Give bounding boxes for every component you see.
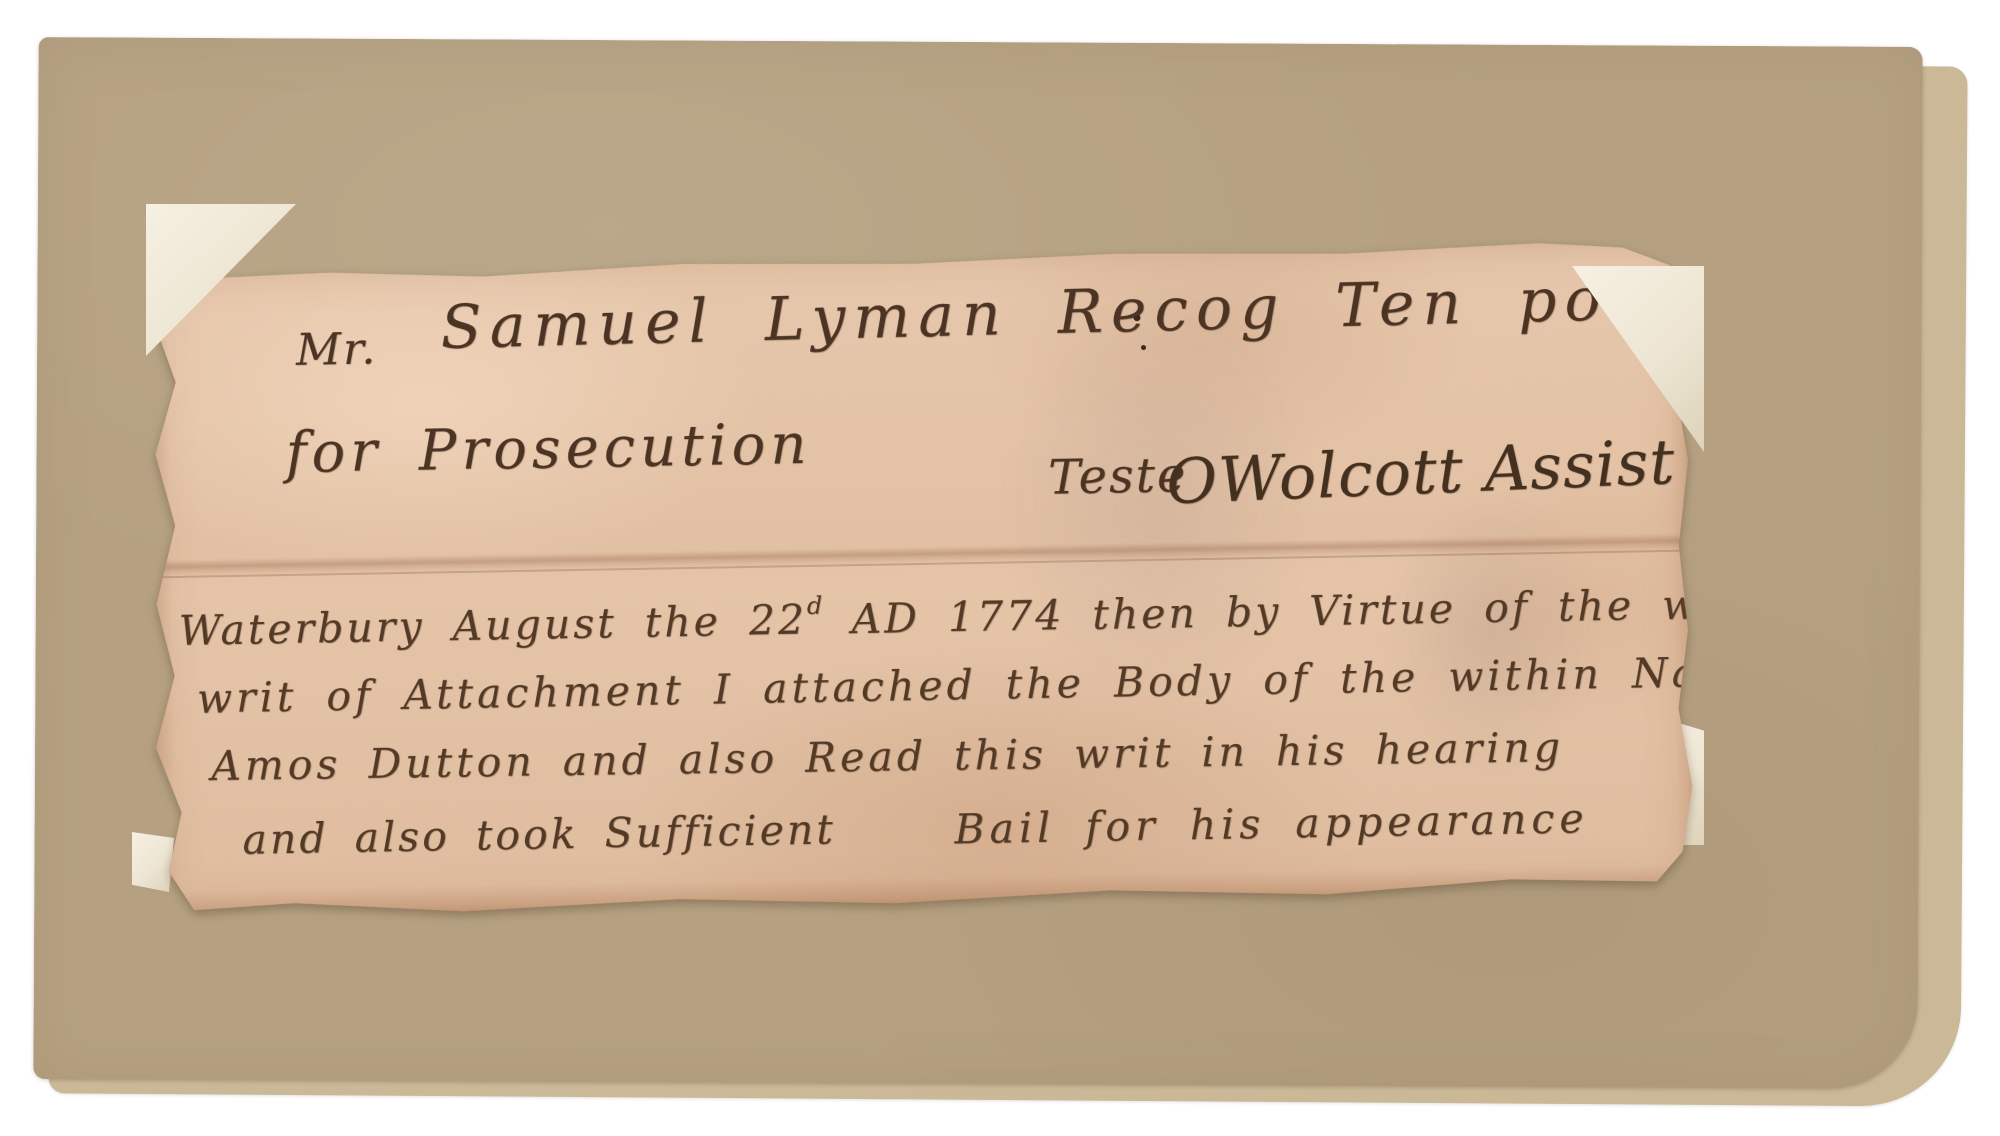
line-prosecution: for Prosecution bbox=[285, 412, 812, 486]
paper-sheet: Mr. Samuel Lyman Recog Ten pounds for Pr… bbox=[144, 239, 1695, 918]
line-salutation: Mr. bbox=[295, 323, 377, 375]
line-return-4-left: and also took Sufficient bbox=[242, 806, 836, 864]
scanned-document-photo: Mr. Samuel Lyman Recog Ten pounds for Pr… bbox=[0, 0, 2000, 1136]
return-1-text-b: AD 1774 then by Virtue of the within bbox=[851, 578, 1811, 643]
line-return-4-right: Bail for his appearance bbox=[954, 794, 1589, 853]
manuscript-paper: Mr. Samuel Lyman Recog Ten pounds for Pr… bbox=[144, 239, 1695, 918]
line-return-2: writ of Attachment I attached the Body o… bbox=[197, 647, 1802, 723]
signature-wolcott: OWolcott Assist bbox=[1165, 425, 1677, 518]
line-return-3: Amos Dutton and also Read this writ in h… bbox=[211, 723, 1564, 790]
line-return-1: Waterbury August the 22dAD 1774 then by … bbox=[178, 574, 1811, 654]
return-1-superscript: d bbox=[807, 592, 826, 620]
return-1-text: Waterbury August the 22 bbox=[178, 596, 807, 655]
